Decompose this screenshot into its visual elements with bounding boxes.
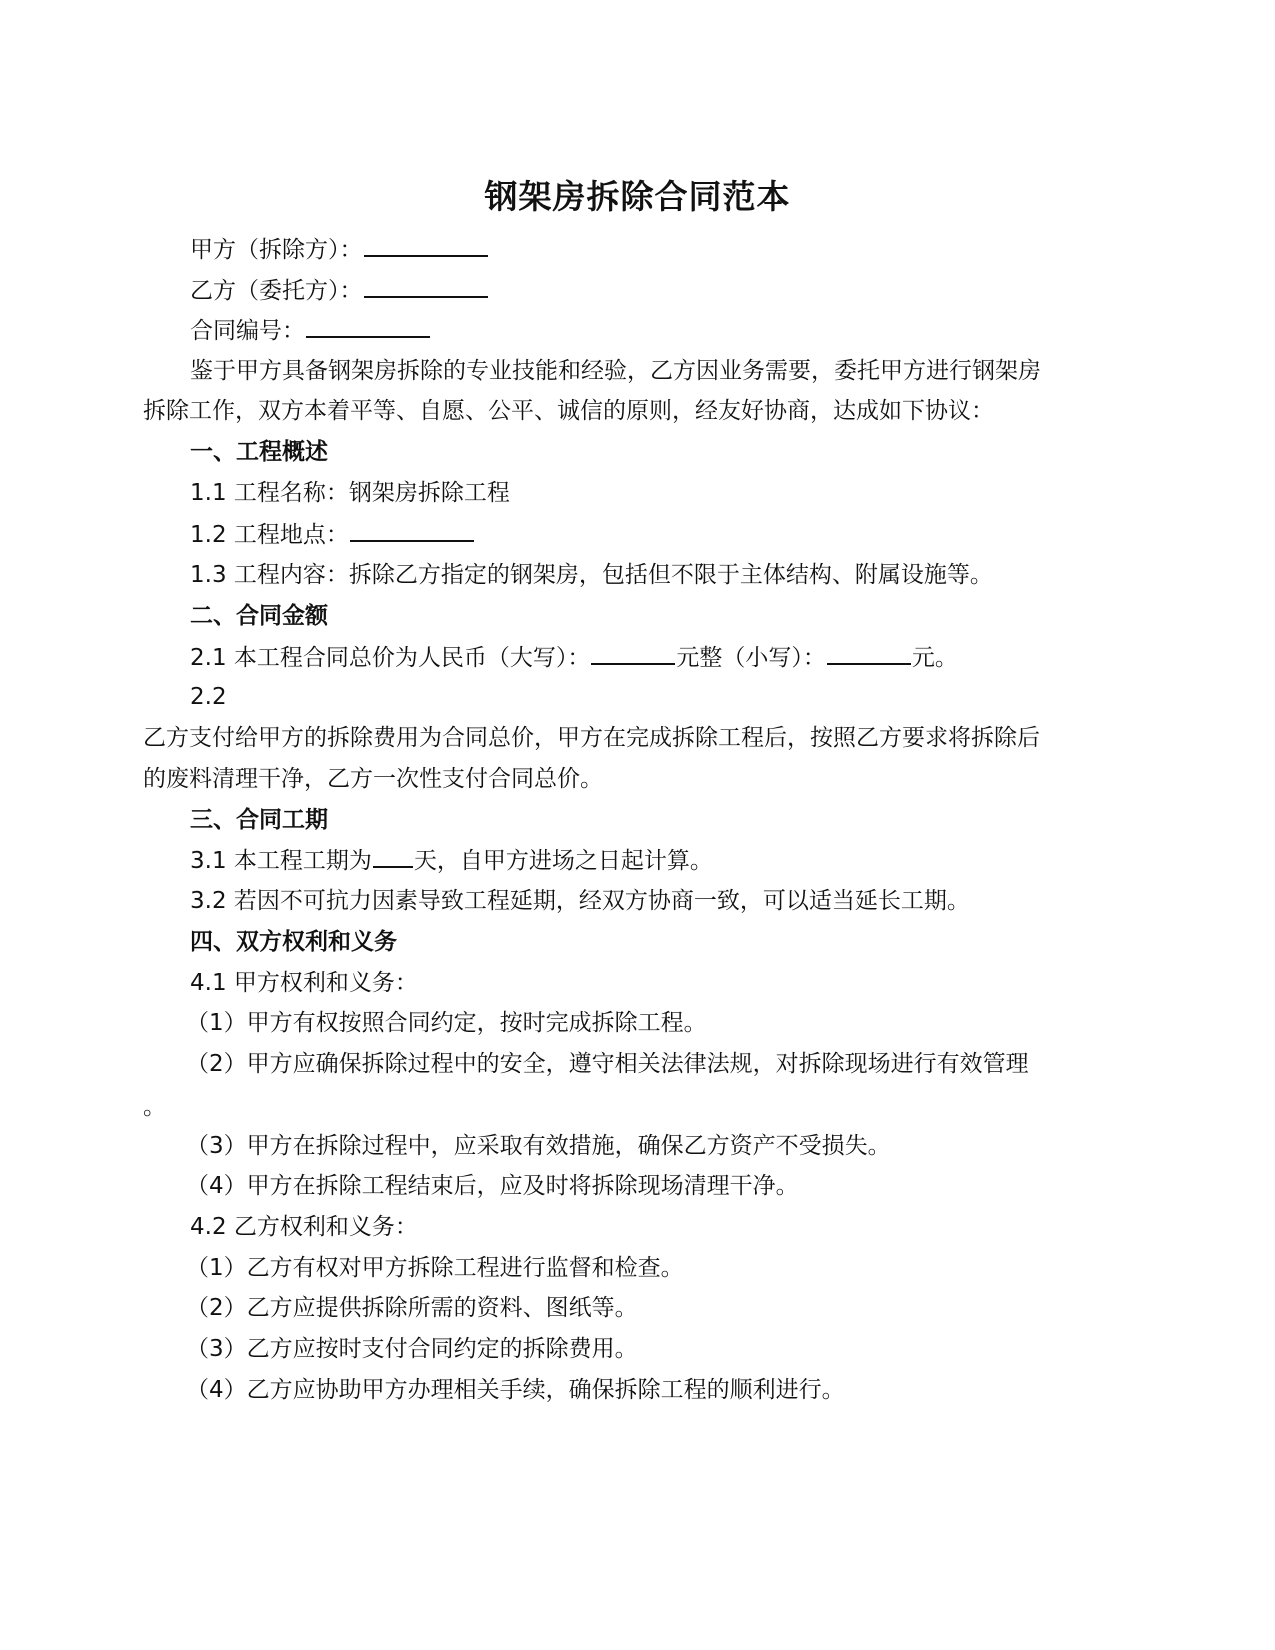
party-a-duty-3: （3）甲方在拆除过程中，应采取有效措施，确保乙方资产不受损失。	[186, 1130, 891, 1162]
party-b-duty-4: （4）乙方应协助甲方办理相关手续，确保拆除工程的顺利进行。	[186, 1374, 845, 1406]
preamble-line-2: 拆除工作，双方本着平等、自愿、公平、诚信的原则，经友好协商，达成如下协议：	[143, 395, 994, 427]
clause-2-1-text-c: 元。	[912, 645, 958, 671]
contract-number-field: 合同编号：	[190, 314, 431, 347]
clause-2-1-text-a: 2.1 本工程合同总价为人民币（大写）：	[190, 645, 590, 671]
duration-days-blank[interactable]	[373, 844, 413, 868]
document-page: 钢架房拆除合同范本 甲方（拆除方）： 乙方（委托方）： 合同编号： 鉴于甲方具备…	[0, 0, 1275, 1650]
clause-2-2-number: 2.2	[190, 681, 227, 713]
contract-number-blank[interactable]	[306, 314, 430, 338]
party-b-label: 乙方（委托方）：	[190, 278, 363, 304]
party-b-duty-1: （1）乙方有权对甲方拆除工程进行监督和检查。	[186, 1252, 684, 1284]
clause-2-1: 2.1 本工程合同总价为人民币（大写）：元整（小写）：元。	[190, 641, 958, 674]
party-a-duty-4: （4）甲方在拆除工程结束后，应及时将拆除现场清理干净。	[186, 1170, 799, 1202]
clause-3-1-text-b: 天，自甲方进场之日起计算。	[414, 848, 713, 874]
party-a-label: 甲方（拆除方）：	[190, 237, 363, 263]
location-blank[interactable]	[350, 518, 474, 542]
section-1-heading: 一、工程概述	[190, 436, 328, 468]
party-a-field: 甲方（拆除方）：	[190, 233, 489, 266]
clause-1-2-label: 1.2 工程地点：	[190, 522, 349, 548]
party-a-duty-2: （2）甲方应确保拆除过程中的安全，遵守相关法律法规，对拆除现场进行有效管理	[186, 1048, 1029, 1080]
clause-1-1: 1.1 工程名称：钢架房拆除工程	[190, 477, 510, 509]
clause-3-1-text-a: 3.1 本工程工期为	[190, 848, 372, 874]
clause-2-1-text-b: 元整（小写）：	[676, 645, 826, 671]
party-a-duty-2-continuation: 。	[143, 1091, 166, 1123]
party-b-duty-3: （3）乙方应按时支付合同约定的拆除费用。	[186, 1333, 638, 1365]
clause-3-2: 3.2 若因不可抗力因素导致工程延期，经双方协商一致，可以适当延长工期。	[190, 885, 970, 917]
section-3-heading: 三、合同工期	[190, 804, 328, 836]
section-2-heading: 二、合同金额	[190, 600, 328, 632]
clause-2-2-line-2: 的废料清理干净，乙方一次性支付合同总价。	[143, 763, 603, 795]
amount-words-blank[interactable]	[591, 641, 675, 665]
party-a-duty-1: （1）甲方有权按照合同约定，按时完成拆除工程。	[186, 1007, 707, 1039]
clause-1-2: 1.2 工程地点：	[190, 518, 475, 551]
preamble-line-1: 鉴于甲方具备钢架房拆除的专业技能和经验，乙方因业务需要，委托甲方进行钢架房	[190, 355, 1041, 387]
section-4-heading: 四、双方权利和义务	[190, 926, 397, 958]
party-a-blank[interactable]	[364, 233, 488, 257]
contract-number-label: 合同编号：	[190, 318, 305, 344]
document-title: 钢架房拆除合同范本	[0, 172, 1275, 222]
clause-4-2: 4.2 乙方权利和义务：	[190, 1211, 418, 1243]
amount-figures-blank[interactable]	[827, 641, 911, 665]
clause-1-3: 1.3 工程内容：拆除乙方指定的钢架房，包括但不限于主体结构、附属设施等。	[190, 559, 993, 591]
clause-4-1: 4.1 甲方权利和义务：	[190, 967, 418, 999]
clause-3-1: 3.1 本工程工期为天，自甲方进场之日起计算。	[190, 844, 713, 877]
party-b-blank[interactable]	[364, 274, 488, 298]
party-b-field: 乙方（委托方）：	[190, 274, 489, 307]
clause-2-2-line-1: 乙方支付给甲方的拆除费用为合同总价，甲方在完成拆除工程后，按照乙方要求将拆除后	[143, 722, 1040, 754]
party-b-duty-2: （2）乙方应提供拆除所需的资料、图纸等。	[186, 1292, 638, 1324]
